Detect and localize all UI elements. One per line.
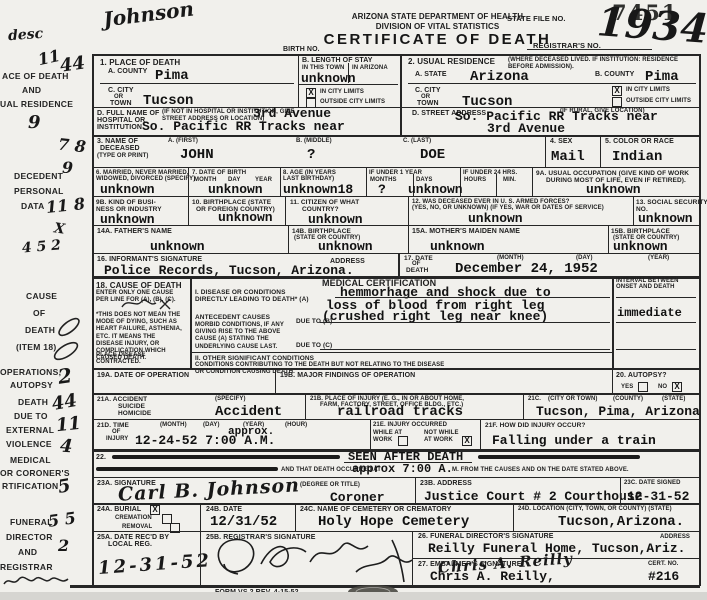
last-name-value: DOE — [420, 148, 445, 163]
usual-residence-title: 2. USUAL RESIDENCE — [408, 57, 495, 67]
autopsy-yes-checkbox — [638, 382, 648, 392]
line — [600, 135, 601, 167]
interval-label: ONSET AND DEATH — [616, 284, 675, 291]
line — [633, 196, 634, 225]
color-or-race-label: 5. COLOR OR RACE — [605, 138, 674, 146]
margin-cause-of-death: CAUSE — [26, 292, 57, 301]
how-injury-occurred-value: Falling under a train — [492, 434, 656, 448]
line — [200, 503, 201, 531]
line — [305, 393, 306, 419]
line — [92, 393, 700, 395]
autopsy-label: 20. AUTOPSY? — [616, 372, 667, 380]
line — [398, 253, 400, 276]
line — [480, 419, 481, 449]
line — [92, 531, 700, 532]
margin-place-of-death: AND — [22, 86, 41, 95]
line — [188, 167, 189, 196]
line — [408, 83, 696, 84]
date-received-value: 12-31-52 — [98, 552, 213, 578]
autopsy-no-checkbox: X — [672, 382, 682, 392]
cremation-label: CREMATION — [115, 515, 152, 522]
line — [620, 477, 621, 503]
middle-name-label: B. (MIDDLE) — [296, 138, 332, 145]
line — [513, 503, 514, 531]
type-or-print-label: (TYPE OR PRINT) — [97, 153, 149, 160]
death-location-line2: So. Pacific RR Tracks near — [142, 120, 345, 134]
hand-squiggle — [2, 574, 72, 590]
line — [298, 54, 299, 107]
from-causes-stated-label: M. FROM THE CAUSES AND ON THE DATE STATE… — [452, 467, 629, 474]
margin-funeral-registrar: FUNERAL — [10, 518, 53, 527]
line — [408, 225, 409, 253]
injury-occurred-label: 21E. INJURY OCCURRED — [373, 422, 447, 429]
coroner-address-label: 23B. ADDRESS — [420, 480, 472, 488]
line — [415, 477, 416, 503]
hand-mark: 11 8 — [45, 196, 85, 216]
line — [100, 83, 294, 84]
informant-address-label: ADDRESS — [330, 258, 365, 266]
while-at-work-label: WORK — [373, 437, 392, 444]
line — [92, 135, 700, 137]
embalmer-name-value: Chris A. Reilly, — [430, 570, 555, 584]
hand-scribble — [118, 295, 174, 313]
not-while-at-work-checkbox: X — [462, 436, 472, 446]
margin-decedent-data: DATA — [21, 202, 45, 211]
morbid-conditions-label: MORBID CONDITIONS, IF ANY GIVING RISE TO… — [195, 322, 295, 351]
line — [92, 54, 700, 56]
dod-year-label: (YEAR) — [648, 255, 669, 262]
sex-label: 4. SEX — [550, 138, 572, 146]
hand-mark: 44 — [51, 392, 79, 414]
hand-mark: 9 — [62, 160, 73, 176]
margin-place-of-death: UAL RESIDENCE — [0, 100, 73, 109]
hand-mark: 9 — [28, 114, 41, 132]
hand-oval-scribbles — [50, 316, 88, 364]
hand-mark: X — [53, 221, 66, 236]
line — [608, 225, 609, 253]
line — [92, 503, 700, 505]
line — [523, 393, 524, 419]
while-at-work-checkbox — [398, 436, 408, 446]
margin-funeral-registrar: AND — [18, 548, 37, 557]
mothers-maiden-name-label: 15A. MOTHER'S MAIDEN NAME — [412, 228, 520, 236]
hand-mark: 5 5 — [47, 510, 77, 530]
residence-in-city-label: IN CITY LIMITS — [626, 87, 670, 94]
cemetery-name-value: Holy Hope Cemetery — [318, 515, 469, 530]
burial-label: 24A. BURIAL — [97, 506, 141, 514]
margin-coroner-certification: RTIFICATION — [2, 482, 59, 491]
hand-mark: 7 8 — [57, 137, 86, 156]
margin-operations-autopsy: AUTOPSY — [10, 381, 53, 390]
hand-mark: 4 5 2 — [21, 238, 61, 255]
line — [92, 477, 700, 478]
line — [190, 276, 192, 368]
registrar-signature-scribble — [206, 534, 416, 584]
in-city-limits-label: IN CITY LIMITS — [320, 89, 364, 96]
burial-checkbox: X — [150, 505, 160, 515]
line — [612, 276, 614, 368]
line — [285, 196, 286, 225]
hand-mark: 4 — [59, 438, 73, 457]
sex-value: Mail — [551, 150, 585, 165]
line — [92, 419, 700, 420]
scan-edge-shadow — [0, 592, 707, 600]
line — [699, 54, 701, 586]
margin-decedent-data: DECEDENT — [14, 172, 63, 181]
first-name-label: A. (FIRST) — [168, 138, 198, 145]
line — [612, 368, 613, 393]
cause-instruction-3: PLACE DISEASE CONTRACTED. — [96, 352, 184, 366]
injury-month-label: (MONTH) — [160, 422, 187, 429]
margin-decedent-data: PERSONAL — [14, 187, 64, 196]
state-file-no-label: STATE FILE NO. — [507, 14, 566, 23]
middle-name-value: ? — [307, 148, 315, 163]
line — [616, 322, 696, 323]
margin-operations-autopsy: OPERATIONS, — [0, 368, 61, 377]
autopsy-no-label: NO — [658, 384, 667, 391]
line — [408, 196, 409, 225]
death-occurred-time-value: approx 7:00 A. — [352, 463, 453, 476]
line — [400, 54, 402, 135]
date-signed-label: 23C. DATE SIGNED — [624, 480, 681, 487]
injury-location-label: 21C. — [528, 396, 541, 403]
date-received-label: LOCAL REG. — [108, 541, 152, 549]
hours-label: HOURS — [464, 177, 486, 184]
cert-no-value: #216 — [648, 570, 679, 584]
hand-mark: 2 — [58, 538, 69, 554]
county-paren-label: (COUNTY) — [613, 396, 643, 403]
line — [320, 322, 610, 323]
cemetery-location-value: Tucson,Arizona. — [558, 515, 684, 530]
hand-mark: 5 — [57, 477, 72, 497]
first-name-value: JOHN — [180, 148, 214, 163]
margin-funeral-registrar: REGISTRAR — [0, 563, 53, 572]
county-label: A. COUNTY — [108, 68, 147, 76]
date-of-death-label: DEATH — [406, 267, 428, 275]
residence-in-city-checkbox: X — [612, 86, 622, 96]
injury-day-label: (DAY) — [203, 422, 220, 429]
place-of-death-title: 1. PLACE OF DEATH — [100, 58, 180, 68]
margin-external-violence: VIOLENCE — [6, 440, 52, 449]
time-of-injury-label: INJURY — [106, 436, 128, 443]
in-arizona-label: IN ARIZONA — [352, 65, 388, 72]
strikethrough-mark — [478, 455, 640, 459]
strikethrough-mark — [96, 467, 278, 471]
antecedent-causes-label: ANTECEDENT CAUSES — [195, 314, 270, 322]
margin-external-violence: DUE TO — [14, 412, 48, 421]
strikethrough-mark — [112, 455, 340, 459]
state-label: A. STATE — [415, 71, 447, 79]
line — [190, 352, 613, 353]
line — [92, 54, 94, 586]
last-name-label: C. (LAST) — [403, 138, 431, 145]
death-certificate-scan: Johnson desc ARIZONA STATE DEPARTMENT OF… — [0, 0, 707, 600]
line — [299, 84, 398, 85]
min-label: MIN. — [503, 177, 516, 184]
handwritten-margin-note: desc — [8, 27, 44, 43]
disease-leading-label: DIRECTLY LEADING TO DEATH* (A) — [195, 296, 309, 304]
date-of-operation-label: 19A. DATE OF OPERATION — [97, 372, 189, 380]
line — [280, 167, 281, 196]
line — [616, 349, 696, 350]
line — [320, 349, 610, 350]
interval-value: immediate — [617, 307, 682, 320]
line — [200, 531, 201, 585]
how-injury-occurred-label: 21F. HOW DID INJURY OCCUR? — [485, 422, 585, 430]
specify-label: (SPECIFY) — [215, 396, 246, 403]
birthplace-value: unknown — [218, 211, 273, 225]
margin-external-violence: DEATH — [18, 398, 48, 407]
injury-hour-label: (HOUR) — [285, 422, 307, 429]
line — [92, 167, 700, 168]
degree-or-title-label: (DEGREE OR TITLE) — [300, 482, 360, 489]
burial-date-value: 12/31/52 — [210, 515, 277, 530]
item-22-number: 22. — [96, 454, 106, 462]
line — [92, 368, 700, 370]
residence-outside-city-label: OUTSIDE CITY LIMITS — [626, 98, 691, 105]
margin-funeral-registrar: DIRECTOR — [6, 533, 53, 542]
autopsy-yes-label: YES — [621, 384, 633, 391]
line — [532, 167, 533, 196]
injury-time-value: 12-24-52 7:00 A.M. — [135, 434, 275, 448]
line — [545, 135, 546, 167]
state-paren-label: (STATE) — [662, 396, 685, 403]
margin-external-violence: EXTERNAL — [6, 426, 54, 435]
residence-county-label: B. COUNTY — [595, 71, 634, 79]
city-or-town-label: (CITY OR TOWN) — [548, 396, 598, 403]
margin-cause-of-death: OF — [33, 309, 45, 318]
injury-location-value: Tucson, Pima, Arizona — [536, 405, 700, 419]
line — [616, 297, 696, 298]
margin-coroner-certification: MEDICAL — [10, 456, 51, 465]
line — [496, 174, 497, 196]
residence-outside-city-checkbox — [612, 97, 622, 107]
in-city-limits-checkbox: X — [306, 88, 316, 98]
line — [92, 253, 700, 254]
cemetery-location-label: 24D. LOCATION (CITY, TOWN, OR COUNTY) (S… — [518, 506, 672, 513]
cert-no-label: CERT. NO. — [648, 561, 679, 568]
line — [188, 196, 189, 225]
major-findings-label: 19B. MAJOR FINDINGS OF OPERATION — [280, 372, 415, 380]
line — [288, 225, 289, 253]
hospital-name-label: INSTITUTION — [97, 124, 142, 132]
line — [527, 49, 652, 50]
fathers-name-label: 14A. FATHER'S NAME — [97, 228, 172, 236]
line — [275, 368, 276, 393]
accident-suicide-homicide-label: HOMICIDE — [118, 410, 151, 418]
handwritten-surname-top: Johnson — [102, 0, 195, 29]
line — [370, 419, 371, 449]
registrar-number-handwritten: 1934 — [596, 2, 707, 50]
not-while-at-work-label: AT WORK — [424, 437, 453, 444]
margin-place-of-death: ACE OF DEATH — [2, 72, 69, 81]
certificate-title: CERTIFICATE OF DEATH — [305, 32, 570, 47]
line — [366, 167, 367, 196]
residence-city-label: TOWN — [417, 100, 439, 108]
hand-mark: 2 — [57, 365, 74, 387]
color-or-race-value: Indian — [612, 150, 662, 165]
hand-mark: 11 — [55, 415, 82, 436]
line — [295, 503, 296, 531]
line — [92, 196, 700, 197]
